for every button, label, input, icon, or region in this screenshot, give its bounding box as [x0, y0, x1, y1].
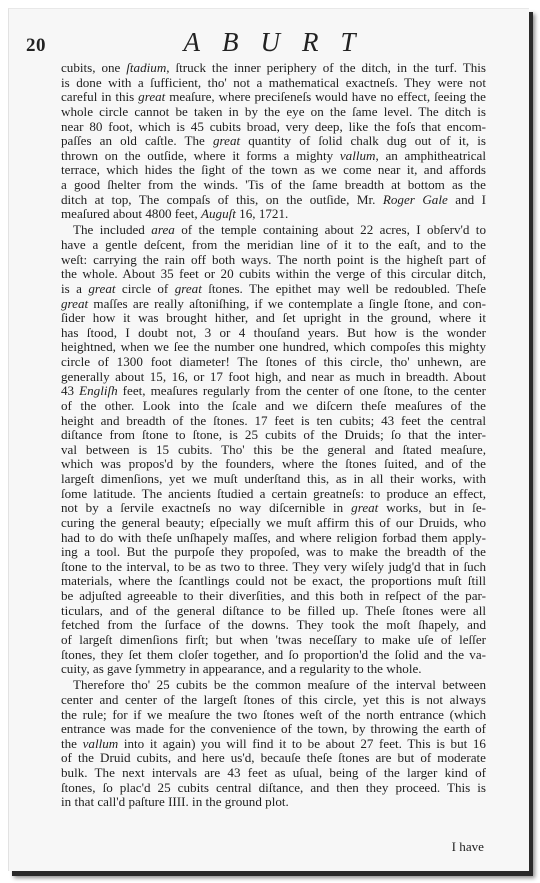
text-line: curing the general beauty; eſpecially we…	[61, 516, 486, 531]
text-line: weſt: carrying the rain off both ways. T…	[61, 253, 486, 268]
text-line: a good ſhelter from the winds. 'Tis of t…	[61, 178, 486, 193]
text-line: generally about 15, 16, or 17 foot high,…	[61, 370, 486, 385]
text-line: Therefore tho' 25 cubits be the common m…	[61, 678, 486, 693]
text-line: near 80 foot, which is 45 cubits broad, …	[61, 120, 486, 135]
text-line: of largeſt dimenſions firſt; but when 't…	[61, 633, 486, 648]
text-line: height and breadth of the ſtones. 17 fee…	[61, 414, 486, 429]
text-line: center and center of the largeſt ſtones …	[61, 693, 486, 708]
text-line: ſider how it was brought hither, and ſet…	[61, 311, 486, 326]
text-line: ing a tool. But the purpoſe they propoſe…	[61, 545, 486, 560]
text-line: materials, where the ſcantlings could no…	[61, 574, 486, 589]
text-line: 43 Engliſh feet, meaſures regularly from…	[61, 384, 486, 399]
text-line: careful in this great meaſure, where pre…	[61, 90, 486, 105]
text-line: be adjuſted agreeable to their diverſiti…	[61, 589, 486, 604]
text-line: ticulars, and of the general diſtance to…	[61, 604, 486, 619]
text-line: largeſt dimenſions, yet we muſt underſta…	[61, 472, 486, 487]
text-line: ditch at top, The compaſs of this, on th…	[61, 193, 486, 208]
text-line: is a great circle of great ſtones. The e…	[61, 282, 486, 297]
text-line: fetched from the ſurface of the downs. T…	[61, 618, 486, 633]
text-line: paſſes an old caſtle. The great quantity…	[61, 134, 486, 149]
text-line: The included area of the temple containi…	[61, 223, 486, 238]
text-line: whole circle cannot be taken in by the e…	[61, 105, 486, 120]
paragraph: The included area of the temple containi…	[61, 223, 486, 676]
text-line: great maſſes are really aſtoniſhing, if …	[61, 297, 486, 312]
text-line: the rule; for if we meaſure the two ſton…	[61, 708, 486, 723]
text-line: of the Druid cubits, and here us'd, beca…	[61, 751, 486, 766]
text-line: terrace, which hides the ſight of the to…	[61, 163, 486, 178]
text-line: meaſured about 4800 feet, Auguſt 16, 172…	[61, 207, 486, 222]
text-line: cuity, as gave ſymmetry in appearance, a…	[61, 662, 486, 677]
text-line: has ſtood, I doubt not, 3 or 4 thouſand …	[61, 326, 486, 341]
catchword: I have	[452, 839, 484, 855]
text-line: not by a ſervile exactneſs no way diſcer…	[61, 501, 486, 516]
text-line: of the other. Look into the ſcale and we…	[61, 399, 486, 414]
text-line: in that call'd paſture IIII. in the grou…	[61, 795, 486, 810]
text-line: thrown on the outſide, where it forms a …	[61, 149, 486, 164]
text-line: ſome latitude. The ancients ſtudied a ce…	[61, 487, 486, 502]
body-text: cubits, one ſtadium, ſtruck the inner pe…	[61, 61, 486, 810]
text-line: which was propos'd by the founders, wher…	[61, 457, 486, 472]
book-page: 20 ABURT cubits, one ſtadium, ſtruck the…	[8, 8, 529, 871]
text-line: cubits, one ſtadium, ſtruck the inner pe…	[61, 61, 486, 76]
text-line: diſtance from ſtone to ſtone, is 25 cubi…	[61, 428, 486, 443]
text-line: the vallum into it again) you will find …	[61, 737, 486, 752]
text-line: ſtones, ſo plac'd 25 cubits central diſt…	[61, 781, 486, 796]
text-line: heightned, when we ſee the number one hu…	[61, 340, 486, 355]
text-line: ſtones, they ſet them cloſer together, a…	[61, 648, 486, 663]
text-line: bulk. The next intervals are 43 feet as …	[61, 766, 486, 781]
text-line: the whole. About 35 feet or 20 cubits wi…	[61, 267, 486, 282]
text-line: had to do with theſe unſhapely maſſes, a…	[61, 531, 486, 546]
text-line: is done with a ſufficient, tho' not a ma…	[61, 76, 486, 91]
paragraph: Therefore tho' 25 cubits be the common m…	[61, 678, 486, 810]
paragraph: cubits, one ſtadium, ſtruck the inner pe…	[61, 61, 486, 222]
text-line: have a gentle deſcent, from the meridian…	[61, 238, 486, 253]
text-line: entrance was made for the convenience of…	[61, 722, 486, 737]
text-line: val between is 15 cubits. Tho' this be t…	[61, 443, 486, 458]
running-head: ABURT	[9, 27, 530, 58]
text-line: circle of 1300 foot diameter! The ſtones…	[61, 355, 486, 370]
text-line: ſtone to the interval, to be as two to t…	[61, 560, 486, 575]
